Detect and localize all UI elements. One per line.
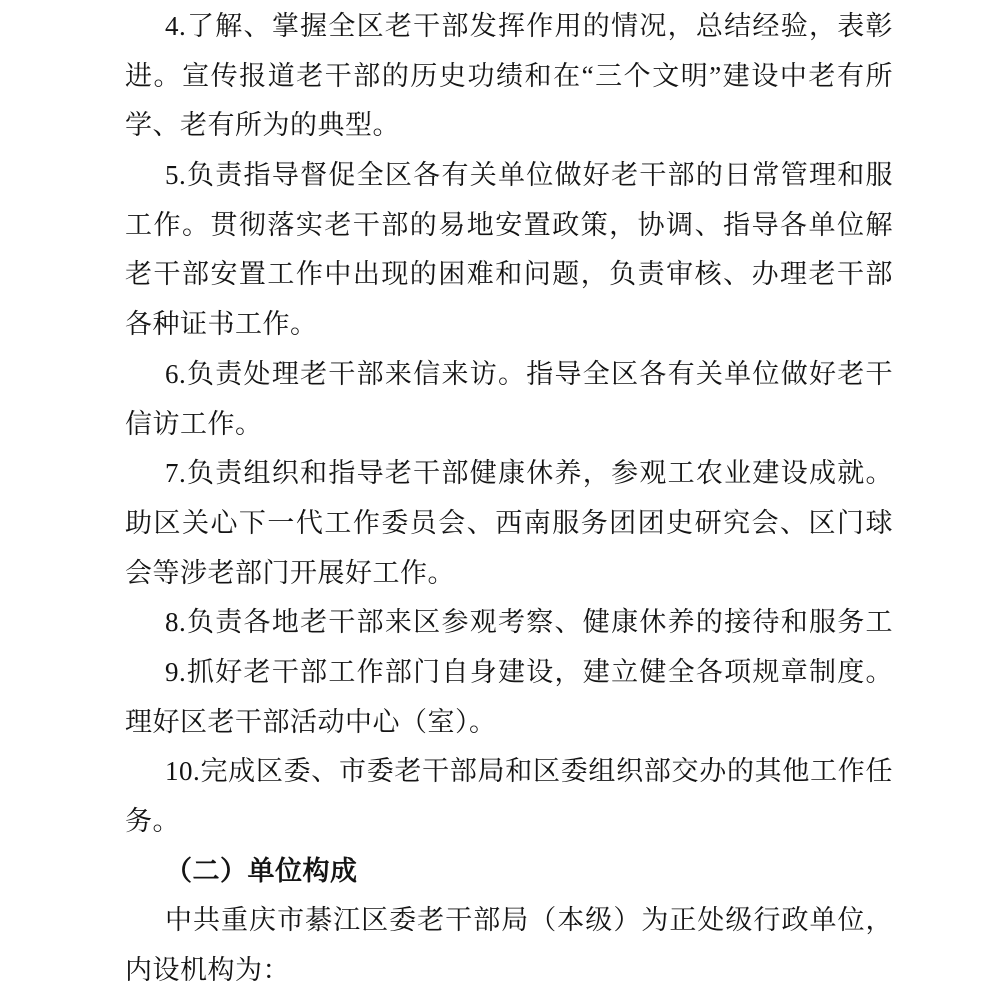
paragraph: 4.了解、掌握全区老干部发挥作用的情况，总结经验，表彰先进。宣传报道老干部的历史…: [125, 2, 893, 151]
paragraph: 6.负责处理老干部来信来访。指导全区各有关单位做好老干部信访工作。: [125, 350, 893, 449]
document-line: 工作。贯彻落实老干部的易地安置政策，协调、指导各单位解决: [125, 201, 893, 251]
document-line: 会等涉老部门开展好工作。: [125, 549, 893, 599]
document-line: 5.负责指导督促全区各有关单位做好老干部的日常管理和服务: [125, 151, 893, 201]
document-line: 务。: [125, 797, 893, 847]
document-line: 7.负责组织和指导老干部健康休养，参观工农业建设成就。协: [125, 449, 893, 499]
paragraph: 9.抓好老干部工作部门自身建设，建立健全各项规章制度。管理好区老干部活动中心（室…: [125, 648, 893, 747]
document-line: 老干部安置工作中出现的困难和问题，负责审核、办理老干部的: [125, 250, 893, 300]
section-heading: （二）单位构成: [125, 847, 893, 897]
document-line: 10.完成区委、市委老干部局和区委组织部交办的其他工作任: [125, 747, 893, 797]
document-line: 6.负责处理老干部来信来访。指导全区各有关单位做好老干部: [125, 350, 893, 400]
document-page: 4.了解、掌握全区老干部发挥作用的情况，总结经验，表彰先进。宣传报道老干部的历史…: [0, 0, 1000, 1003]
document-line: 助区关心下一代工作委员会、西南服务团团史研究会、区门球协: [125, 499, 893, 549]
document-body: 4.了解、掌握全区老干部发挥作用的情况，总结经验，表彰先进。宣传报道老干部的历史…: [125, 2, 893, 996]
document-line: （二）单位构成: [125, 847, 893, 897]
paragraph: 7.负责组织和指导老干部健康休养，参观工农业建设成就。协助区关心下一代工作委员会…: [125, 449, 893, 598]
document-line: 9.抓好老干部工作部门自身建设，建立健全各项规章制度。管: [125, 648, 893, 698]
document-line: 信访工作。: [125, 400, 893, 450]
document-line: 内设机构为：: [125, 946, 893, 996]
document-line: 理好区老干部活动中心（室）。: [125, 698, 893, 748]
document-line: 4.了解、掌握全区老干部发挥作用的情况，总结经验，表彰先: [125, 2, 893, 52]
document-line: 8.负责各地老干部来区参观考察、健康休养的接待和服务工作。: [125, 598, 893, 648]
paragraph: 8.负责各地老干部来区参观考察、健康休养的接待和服务工作。: [125, 598, 893, 648]
document-line: 进。宣传报道老干部的历史功绩和在“三个文明”建设中老有所: [125, 52, 893, 102]
document-line: 中共重庆市綦江区委老干部局（本级）为正处级行政单位，: [125, 896, 893, 946]
paragraph: 5.负责指导督促全区各有关单位做好老干部的日常管理和服务工作。贯彻落实老干部的易…: [125, 151, 893, 350]
document-line: 学、老有所为的典型。: [125, 101, 893, 151]
paragraph: 10.完成区委、市委老干部局和区委组织部交办的其他工作任务。: [125, 747, 893, 846]
document-line: 各种证书工作。: [125, 300, 893, 350]
paragraph: 中共重庆市綦江区委老干部局（本级）为正处级行政单位，内设机构为：: [125, 896, 893, 995]
